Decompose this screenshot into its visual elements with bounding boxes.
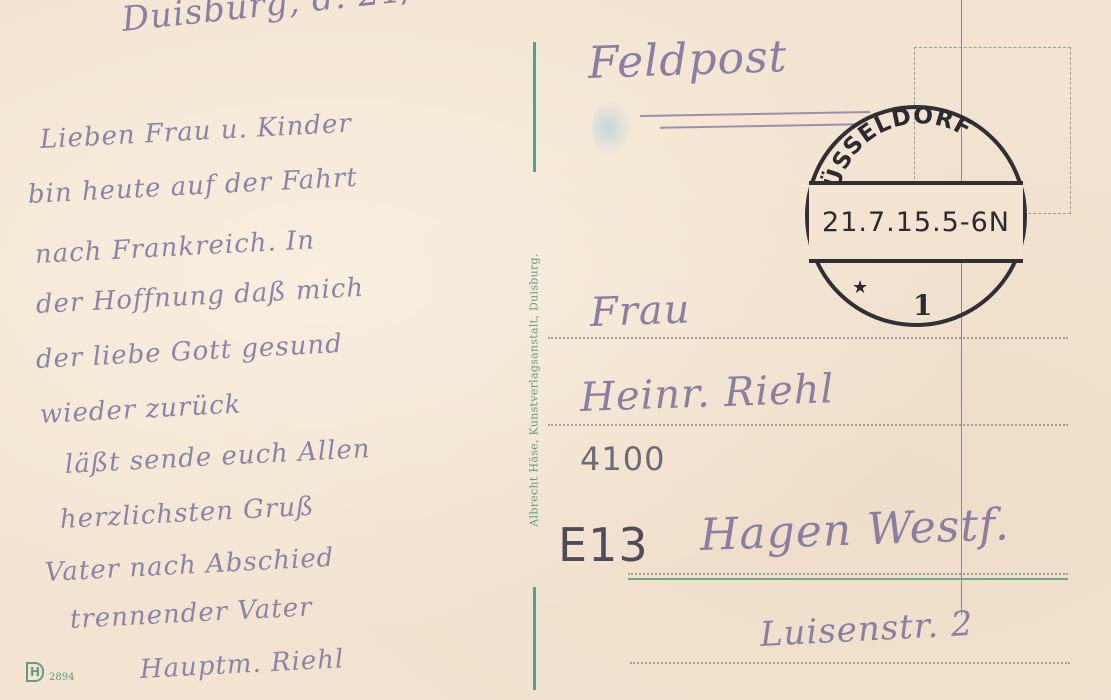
message-line: wieder zurück: [39, 389, 242, 430]
address-line-1-text: Frau: [589, 287, 691, 336]
postmark-date-band: 21.7.15.5-6N: [809, 181, 1023, 263]
postmark-date: 21.7.15.5-6N: [822, 207, 1010, 238]
postmark-office-number: 1: [913, 289, 932, 322]
pencil-note-2: E13: [558, 518, 649, 572]
publisher-logo-icon: H: [26, 662, 44, 682]
message-place-date: Duisburg, d. 21/7.15: [120, 0, 497, 40]
address-line-4: [630, 662, 1070, 664]
address-line-2: [548, 424, 1068, 426]
message-line: der liebe Gott gesund: [35, 329, 343, 375]
publisher-logo-number: 2894: [49, 672, 74, 683]
address-line-4-text: Luisenstr. 2: [759, 604, 975, 655]
publisher-imprint: Albrecht Häse, Kunstverlagsanstalt, Duis…: [528, 253, 541, 526]
feldpost-note: Feldpost: [587, 31, 788, 89]
center-divider-top: [533, 42, 536, 172]
message-line: nach Frankreich. In: [34, 225, 315, 270]
address-line-2-text: Heinr. Riehl: [579, 366, 835, 421]
message-signature: Hauptm. Riehl: [139, 644, 345, 685]
address-line-3-dotted: [628, 573, 1068, 575]
address-line-1: [548, 337, 1068, 339]
message-line: herzlichsten Gruß: [59, 492, 315, 535]
postcard: Albrecht Häse, Kunstverlagsanstalt, Duis…: [0, 0, 1111, 700]
message-line: läßt sende euch Allen: [64, 434, 371, 480]
ink-smudge: [592, 100, 632, 155]
center-divider-bottom: [533, 587, 536, 690]
message-line: Lieben Frau u. Kinder: [39, 109, 352, 155]
address-line-3-solid: [628, 578, 1068, 580]
message-line: bin heute auf der Fahrt: [27, 163, 358, 210]
postmark-star-icon: ★: [852, 277, 868, 298]
message-line: Vater nach Abschied: [44, 543, 335, 588]
message-line: der Hoffnung daß mich: [35, 273, 365, 320]
pencil-note-1: 4100: [580, 440, 665, 478]
postmark: DÜSSELDORF 21.7.15.5-6N ★ 1: [805, 105, 1027, 327]
address-line-3-text: Hagen Westf.: [699, 499, 1010, 561]
message-line: trennender Vater: [69, 592, 313, 635]
